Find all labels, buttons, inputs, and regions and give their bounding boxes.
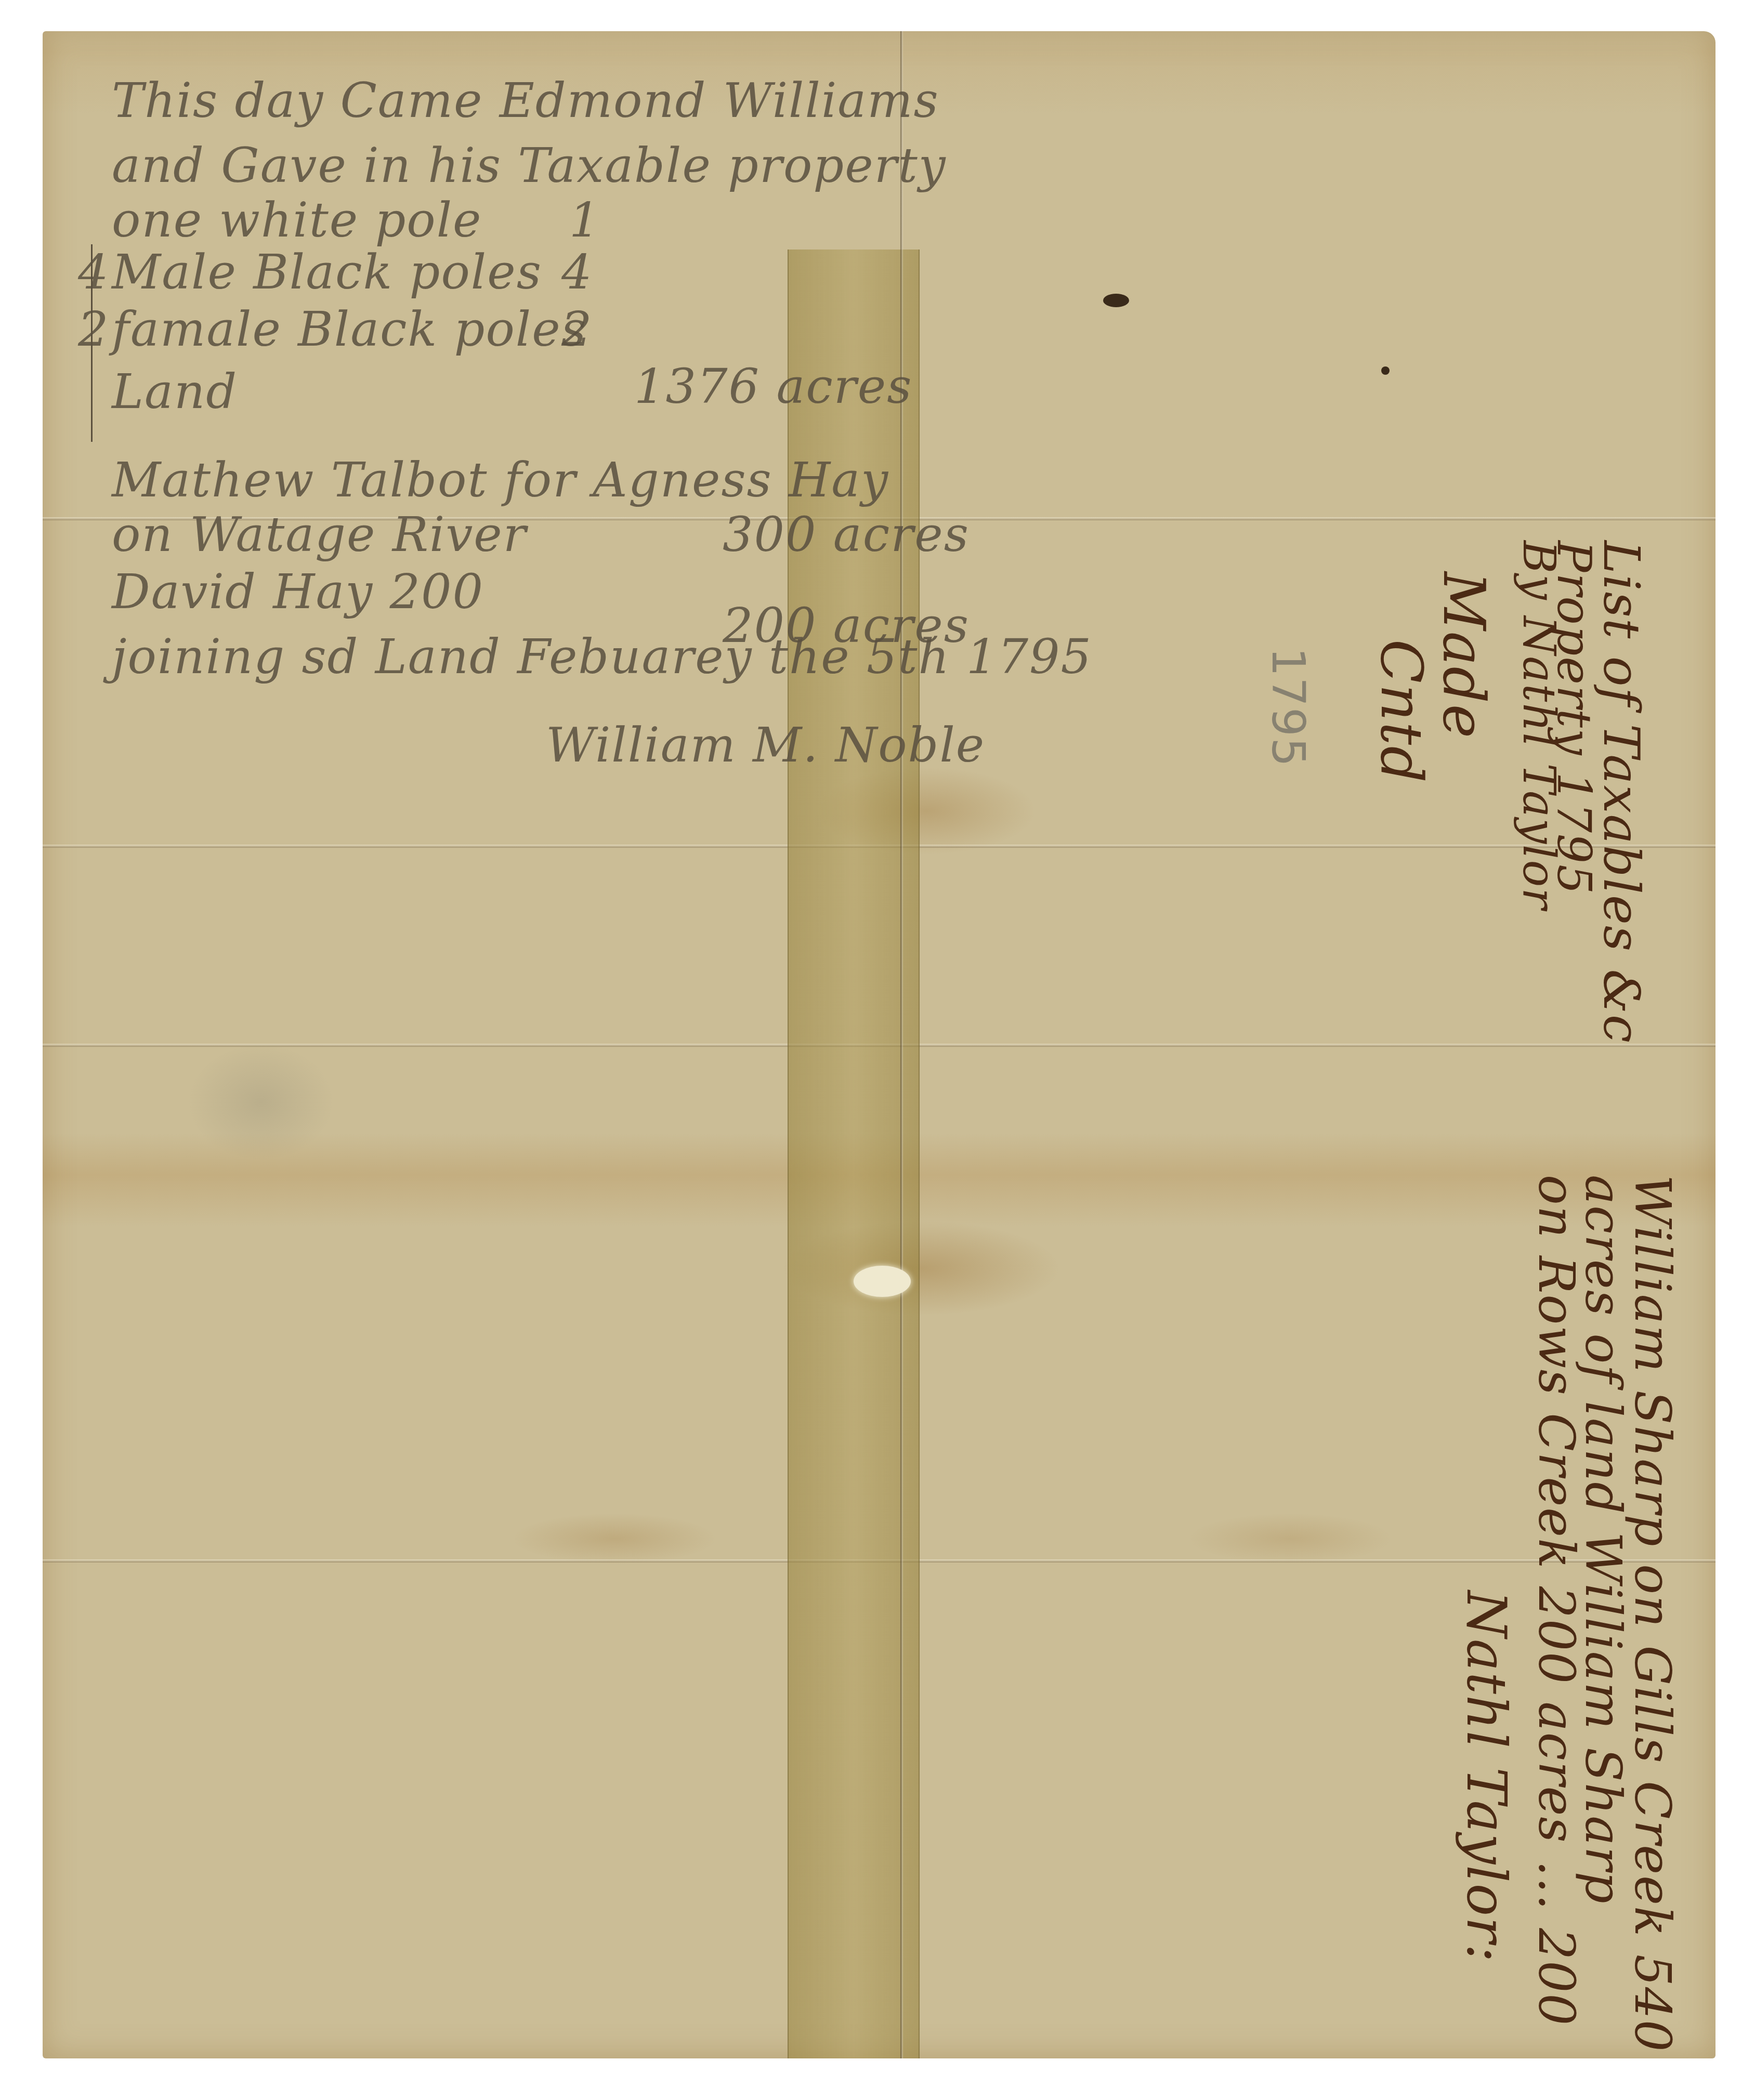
pencil-year-note: 1795 bbox=[1262, 647, 1315, 768]
entry-line-land: Land bbox=[112, 364, 238, 419]
docket-line-made: Made bbox=[1431, 572, 1497, 739]
entry-line-watage: on Watage River bbox=[112, 507, 527, 562]
famale-black-poles-count: 2 bbox=[561, 301, 593, 357]
watage-acres: 300 acres bbox=[723, 507, 970, 562]
entry-line-2: and Gave in his Taxable property bbox=[112, 138, 947, 193]
docket-line-cntd: Cntd bbox=[1368, 639, 1435, 784]
signature-noble: William M. Noble bbox=[546, 717, 985, 773]
docket-lower-signature: Nathl Taylor: bbox=[1455, 1591, 1518, 1963]
entry-line-famale-black-poles: famale Black poles bbox=[112, 301, 587, 357]
white-pole-count: 1 bbox=[569, 192, 601, 248]
docket-lower-line-3: on Rows Creek 200 acres ... 200 bbox=[1527, 1175, 1586, 2026]
entry-line-male-black-poles: Male Black poles bbox=[112, 244, 542, 300]
entry-line-date: joining sd Land Febuarey the 5th 1795 bbox=[112, 629, 1092, 685]
entry-line-1: This day Came Edmond Williams bbox=[112, 73, 939, 128]
paper-hole bbox=[854, 1266, 911, 1297]
entry-line-talbot: Mathew Talbot for Agness Hay bbox=[112, 452, 889, 508]
ink-blot bbox=[1103, 294, 1129, 307]
land-acres: 1376 acres bbox=[634, 359, 912, 414]
entry-line-david-hay: David Hay 200 bbox=[112, 564, 484, 620]
male-prefix: 4 bbox=[78, 244, 110, 300]
male-black-poles-count: 4 bbox=[561, 244, 593, 300]
docket-line-3: By Nathl Taylor bbox=[1513, 541, 1565, 910]
ink-blot bbox=[1381, 366, 1390, 375]
entry-line-white-pole: one white pole bbox=[112, 192, 482, 248]
fold-line-vertical bbox=[900, 31, 903, 2058]
famale-prefix: 2 bbox=[78, 301, 110, 357]
